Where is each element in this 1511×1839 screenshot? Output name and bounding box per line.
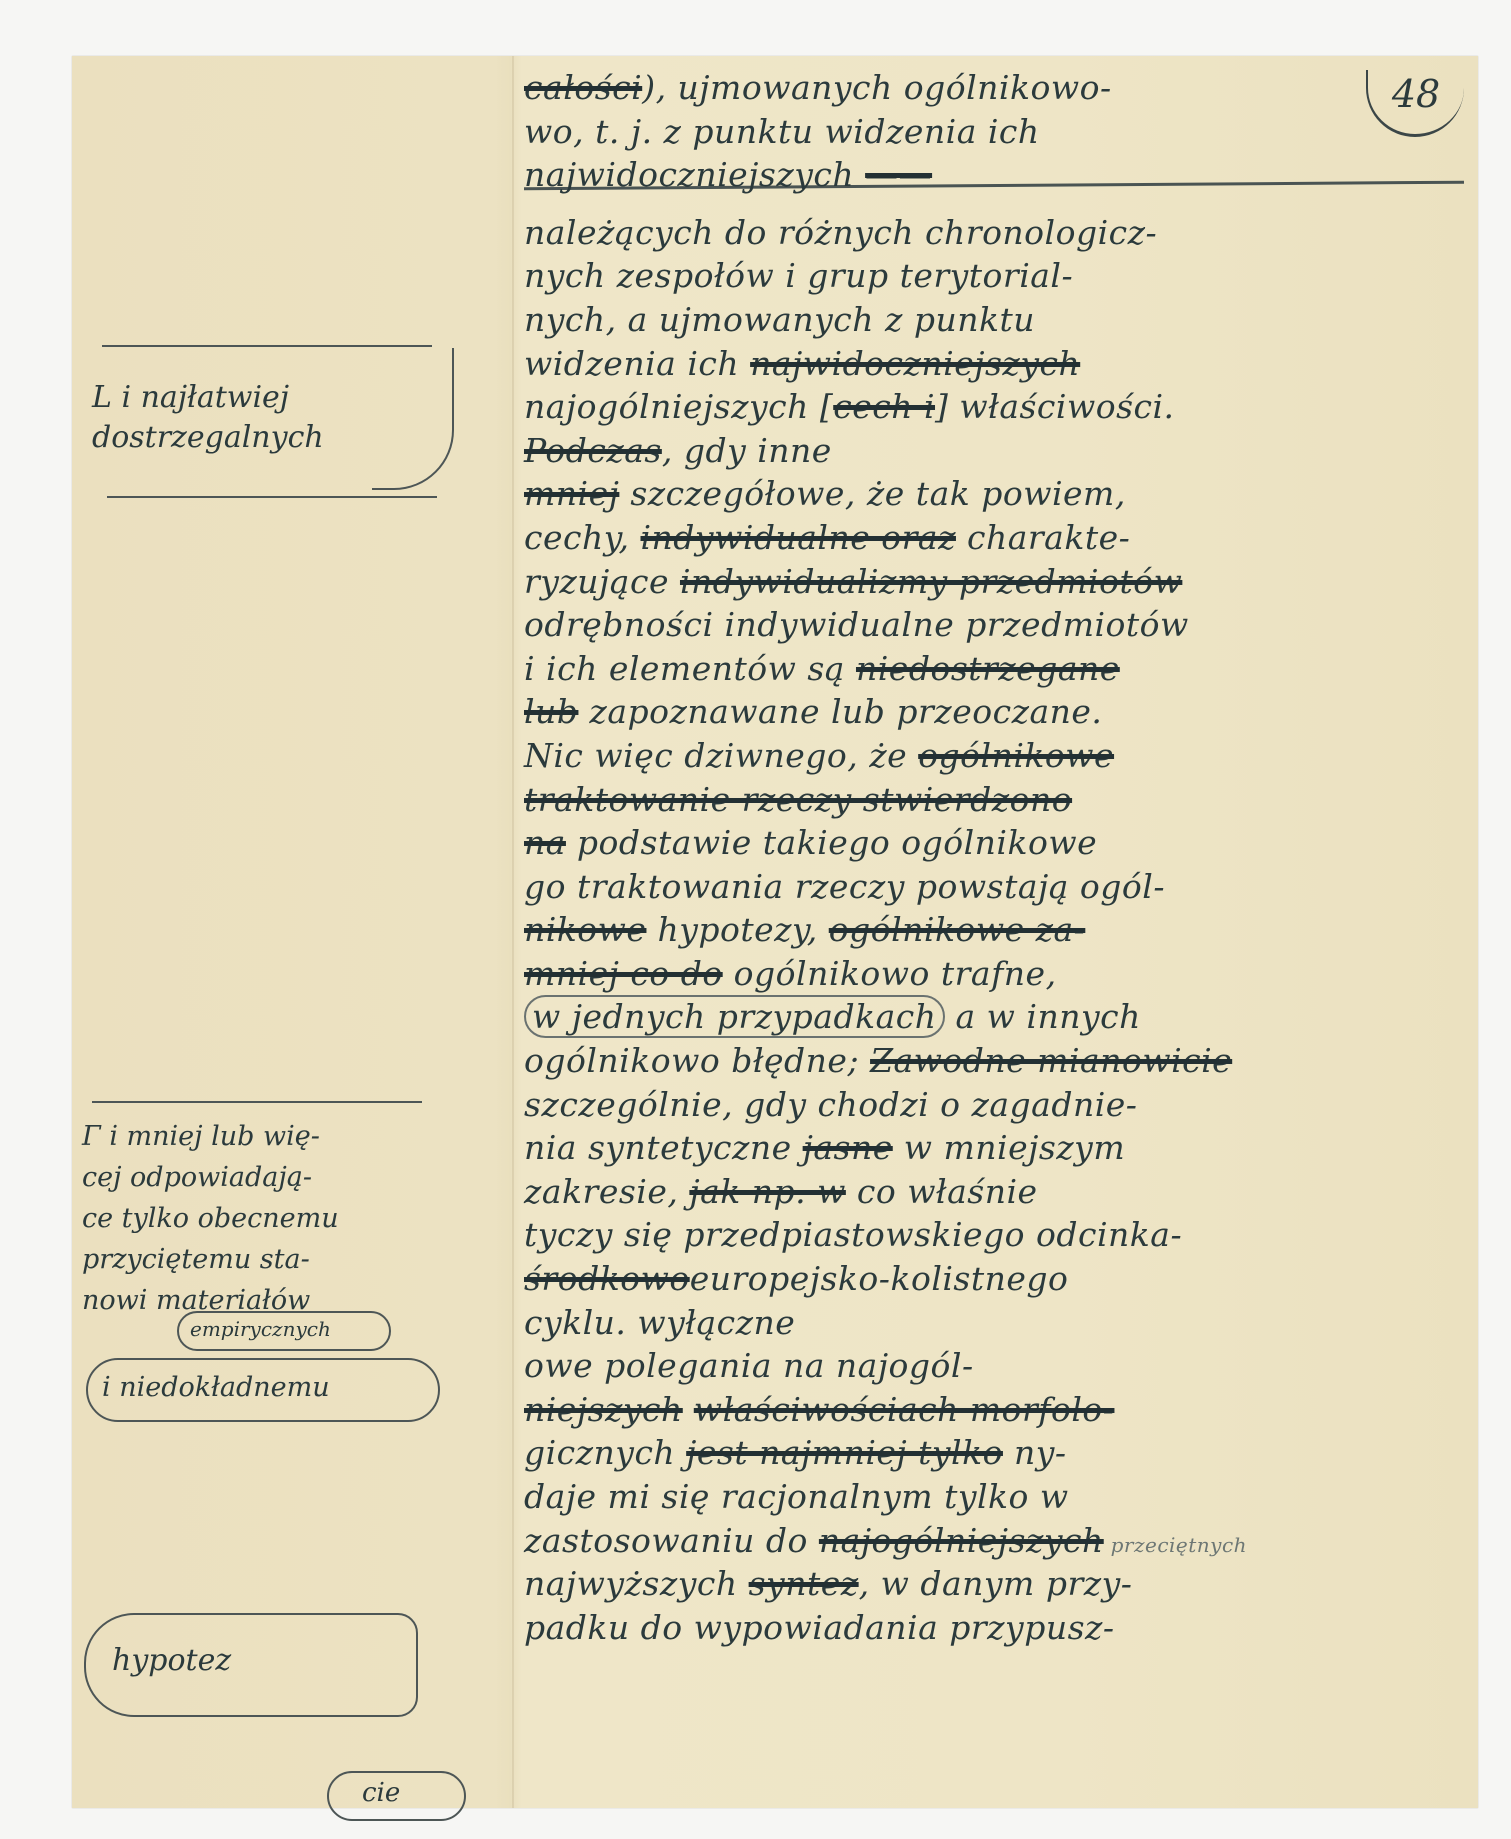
page-fold-crease (512, 56, 514, 1808)
text-line: padku do wypowiadania przypusz- (524, 1606, 1454, 1650)
note-bubble (372, 348, 454, 490)
text-line: całości), ujmowanych ogólnikowo- (524, 66, 1454, 110)
text-line: Podczas, gdy inne (524, 429, 1454, 473)
text-line: mniej szczegółowe, że tak powiem, (524, 472, 1454, 516)
main-text-block: całości), ujmowanych ogólnikowo- wo, t. … (524, 66, 1454, 1649)
text-line: gicznych jest najmniej tylko ny- (524, 1431, 1454, 1475)
manuscript-sheet: 48 całości), ujmowanych ogólnikowo- wo, … (72, 56, 1478, 1808)
text-line: niejszych właściwościach morfolo- (524, 1388, 1454, 1432)
note-top-stroke (92, 1101, 422, 1103)
text-line: należących do różnych chronologicz- (524, 211, 1454, 255)
text-line: wo, t. j. z punktu widzenia ich (524, 110, 1454, 154)
text-line: owe polegania na najogól- (524, 1344, 1454, 1388)
text-line: go traktowania rzeczy powstają ogól- (524, 865, 1454, 909)
text-line: ogólnikowo błędne; Zawodne mianowicie (524, 1039, 1454, 1083)
text-line: ryzujące indywidualizmy przedmiotów (524, 560, 1454, 604)
text-line: odrębności indywidualne przedmiotów (524, 603, 1454, 647)
text-line: zastosowaniu do najogólniejszych przecię… (524, 1519, 1454, 1563)
margin-note-2c: i niedokładnemu (102, 1368, 330, 1408)
note-bottom-stroke (107, 496, 437, 498)
margin-note-3: hypotez (112, 1641, 231, 1681)
note-top-stroke (102, 345, 432, 347)
circled-phrase: w jednych przypadkach (524, 995, 945, 1038)
text-line: lub zapoznawane lub przeoczane. (524, 690, 1454, 734)
text-line: traktowanie rzeczy stwierdzono (524, 778, 1454, 822)
text-line: nych, a ujmowanych z punktu (524, 298, 1454, 342)
margin-note-2: Γ i mniej lub wię- cej odpowiadają- ce t… (82, 1116, 339, 1321)
text-line: tyczy się przedpiastowskiego odcinka- (524, 1213, 1454, 1257)
text-line: i ich elementów są niedostrzegane (524, 647, 1454, 691)
text-line: środkowoeuropejsko-kolistnego (524, 1257, 1454, 1301)
text-line: w jednych przypadkach a w innych (524, 995, 1454, 1039)
margin-note-2b: empirycznych (190, 1312, 331, 1346)
text-line: Nic więc dziwnego, że ogólnikowe (524, 734, 1454, 778)
text-line: na podstawie takiego ogólnikowe (524, 821, 1454, 865)
text-line: nikowe hypotezy, ogólnikowe za- (524, 908, 1454, 952)
text-line: widzenia ich najwidoczniejszych (524, 342, 1454, 386)
text-line: najwidoczniejszych —— (524, 153, 1454, 197)
text-line: cyklu. wyłączne (524, 1301, 1454, 1345)
text-line: szczególnie, gdy chodzi o zagadnie- (524, 1083, 1454, 1127)
text-line: cechy, indywidualne oraz charakte- (524, 516, 1454, 560)
text-line: daje mi się racjonalnym tylko w (524, 1475, 1454, 1519)
text-line: najogólniejszych [cech i] właściwości. (524, 385, 1454, 429)
text-line: najwyższych syntez, w danym przy- (524, 1562, 1454, 1606)
margin-note-4: cie (362, 1773, 400, 1813)
text-line: nych zespołów i grup terytorial- (524, 254, 1454, 298)
text-line: zakresie, jak np. w co właśnie (524, 1170, 1454, 1214)
text-line: nia syntetyczne jasne w mniejszym (524, 1126, 1454, 1170)
text-line: mniej co do ogólnikowo trafne, (524, 952, 1454, 996)
margin-note-1: L i najłatwiej dostrzegalnych (92, 378, 324, 458)
